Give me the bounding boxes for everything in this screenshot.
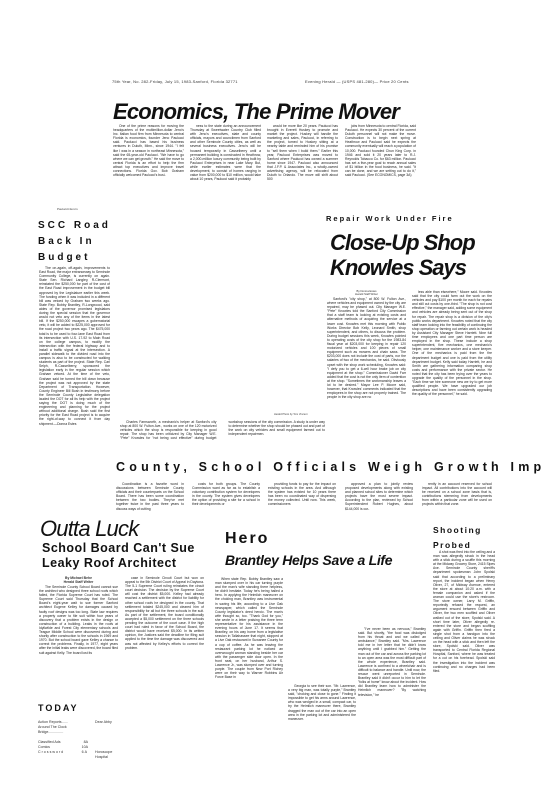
county-col-4: approved a plan to jointly review propos… — [345, 482, 413, 518]
shooting-body: A shot was fired into the ceiling and a … — [433, 550, 495, 750]
economics-col-2: ness to the state during an announcement… — [190, 124, 261, 211]
close-up-headline: Close-Up Shop Knowles Says — [330, 230, 475, 280]
outta-luck-col-1: The Seminole County School Board cannot … — [39, 585, 118, 695]
county-school-headline: County, School Officials Weigh Growth Im… — [116, 461, 545, 474]
dateline-right: Evening Herald — (USPS 481-280)— Price 2… — [305, 79, 409, 84]
close-up-byline: By Donna Estes Herald Staff Writer — [327, 290, 406, 297]
hero-col-1: When state Rep. Bobby Brantley saw a man… — [215, 577, 283, 720]
close-up-col-1: Sanford's "city shop," at 800 W. Fulton … — [327, 297, 406, 450]
dateline-left: 75th Year, No. 282-Friday, July 15, 1983… — [112, 79, 238, 84]
outta-luck-kicker: Outta Luck — [40, 518, 138, 540]
close-up-col-2: less able than elsewhere," Moore said. K… — [412, 290, 492, 450]
close-up-photo-caption: Charles Farnsworth, a mechanic's helper … — [120, 420, 325, 446]
county-col-1: Coordination is a favorite word in discu… — [116, 482, 184, 518]
economics-col-1: One of the prime reasons for moving the … — [113, 124, 184, 211]
economics-headline: Economics, The Prime Mover — [113, 101, 399, 123]
shooting-headline: Shooting Probed — [433, 523, 482, 553]
hero-col-2: Georgia to see their son. "Mr. Lawrence,… — [288, 684, 356, 734]
scc-road-headline: SCC Road Back In Budget — [38, 218, 111, 266]
today-index-item[interactable]: Hospital — [95, 755, 135, 760]
hero-col-3: "I've never been as nervous," Brantley s… — [358, 627, 426, 734]
today-index-right: Dear Abby Horoscope Hospital — [95, 720, 135, 760]
hero-headline: Brantley Helps Save a Life — [225, 553, 392, 567]
close-up-photo-credit: Herald Photo by Tom Vincent — [274, 413, 308, 416]
outta-luck-byline: By Michael Behe Herald Staff Writer — [39, 576, 118, 584]
economics-col-4: jobs from Minnesota to central Florida, … — [345, 124, 416, 211]
school-board-headline: School Board Can't Sue Leaky Roof Archit… — [42, 541, 195, 571]
economics-col-3: would be more like 20 years. Paulucci ha… — [267, 124, 338, 211]
county-col-2: costs for both groups. The County Commis… — [192, 482, 260, 518]
scc-road-body: The on-again, off-again, improvements to… — [39, 266, 110, 506]
today-title: TODAY — [38, 703, 79, 713]
hero-kicker: Hero — [225, 530, 269, 548]
photo-credit: Paulucci/Jeno's — [57, 207, 78, 211]
outta-luck-col-2: case in Seminole Circuit Court but won o… — [125, 576, 204, 690]
today-index-item[interactable]: Crossword6A — [38, 750, 88, 755]
county-col-5: rently in an account reserved for school… — [422, 482, 492, 518]
close-up-kicker: Repair Work Under Fire — [326, 215, 454, 223]
county-col-3: providing funds to pay for the impact on… — [268, 482, 336, 518]
